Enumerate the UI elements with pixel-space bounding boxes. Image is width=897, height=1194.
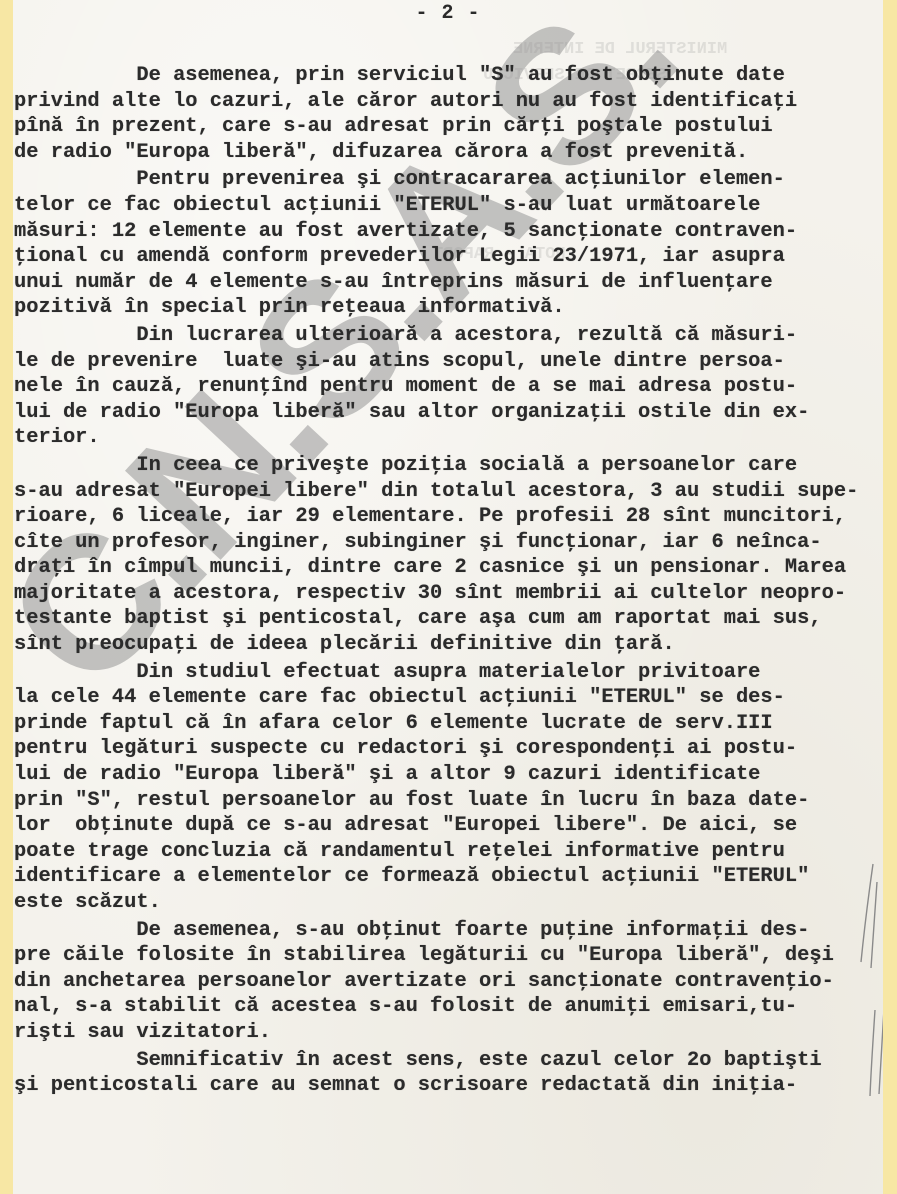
text-line: lui de radio "Europa liberă" şi a altor … [14, 762, 874, 788]
paragraph: In ceea ce priveşte poziţia socială a pe… [14, 453, 874, 658]
paragraph: Pentru prevenirea şi contracararea acţiu… [14, 167, 874, 321]
text-line: privind alte lo cazuri, ale căror autori… [14, 89, 874, 115]
text-line: telor ce fac obiectul acţiunii "ETERUL" … [14, 193, 874, 219]
text-line: rioare, 6 liceale, iar 29 elementare. Pe… [14, 504, 874, 530]
text-line: Semnificativ în acest sens, este cazul c… [14, 1048, 874, 1074]
text-line: In ceea ce priveşte poziţia socială a pe… [14, 453, 874, 479]
pencil-margin-mark-icon [851, 862, 881, 972]
document-page: MINISTERUL DE INTERNE SECRET DE SERVICIU… [13, 0, 883, 1194]
text-line: s-au adresat "Europei libere" din totalu… [14, 479, 874, 505]
paragraph: Semnificativ în acest sens, este cazul c… [14, 1048, 874, 1099]
text-line: este scăzut. [14, 890, 874, 916]
text-line: Pentru prevenirea şi contracararea acţiu… [14, 167, 874, 193]
paragraph: Din studiul efectuat asupra materialelor… [14, 660, 874, 916]
text-line: De asemenea, prin serviciul "S" au fost … [14, 63, 874, 89]
text-line: testante baptist şi penticostal, care aş… [14, 606, 874, 632]
text-line: identificare a elementelor ce formează o… [14, 864, 874, 890]
paragraph: Din lucrarea ulterioară a acestora, rezu… [14, 323, 874, 451]
text-line: Din studiul efectuat asupra materialelor… [14, 660, 874, 686]
text-line: draţi în cîmpul muncii, dintre care 2 ca… [14, 555, 874, 581]
text-line: de radio "Europa liberă", difuzarea căro… [14, 140, 874, 166]
text-line: Din lucrarea ulterioară a acestora, rezu… [14, 323, 874, 349]
text-line: pre căile folosite în stabilirea legătur… [14, 943, 874, 969]
text-line: lor obţinute după ce s-au adresat "Europ… [14, 813, 874, 839]
text-line: la cele 44 elemente care fac obiectul ac… [14, 685, 874, 711]
text-line: unui număr de 4 elemente s-au întreprins… [14, 270, 874, 296]
paragraph: De asemenea, prin serviciul "S" au fost … [14, 63, 874, 165]
text-line: terior. [14, 425, 874, 451]
text-line: şi penticostali care au semnat o scrisoa… [14, 1073, 874, 1099]
text-line: nele în cauză, renunţînd pentru moment d… [14, 374, 874, 400]
text-line: din anchetarea persoanelor avertizate or… [14, 969, 874, 995]
text-line: pînă în prezent, care s-au adresat prin … [14, 114, 874, 140]
text-line: pozitivă în special prin reţeaua informa… [14, 295, 874, 321]
text-line: cîte un profesor, inginer, subinginer şi… [14, 530, 874, 556]
text-line: rişti sau vizitatori. [14, 1020, 874, 1046]
text-line: măsuri: 12 elemente au fost avertizate, … [14, 219, 874, 245]
bleed-through-text: MINISTERUL DE INTERNE [513, 40, 727, 59]
page-number: - 2 - [13, 2, 883, 25]
document-body: De asemenea, prin serviciul "S" au fost … [14, 63, 874, 1099]
text-line: ţional cu amendă conform prevederilor Le… [14, 244, 874, 270]
text-line: pentru legături suspecte cu redactori şi… [14, 736, 874, 762]
paragraph: De asemenea, s-au obţinut foarte puţine … [14, 918, 874, 1046]
text-line: poate trage concluzia că randamentul reţ… [14, 839, 874, 865]
text-line: majoritate a acestora, respectiv 30 sînt… [14, 581, 874, 607]
pencil-margin-mark-icon [861, 990, 883, 1100]
text-line: sînt preocupaţi de ideea plecării defini… [14, 632, 874, 658]
text-line: prin "S", restul persoanelor au fost lua… [14, 788, 874, 814]
text-line: lui de radio "Europa liberă" sau altor o… [14, 400, 874, 426]
text-line: prinde faptul că în afara celor 6 elemen… [14, 711, 874, 737]
text-line: De asemenea, s-au obţinut foarte puţine … [14, 918, 874, 944]
text-line: le de prevenire luate şi-au atins scopul… [14, 349, 874, 375]
text-line: nal, s-a stabilit că acestea s-au folosi… [14, 994, 874, 1020]
